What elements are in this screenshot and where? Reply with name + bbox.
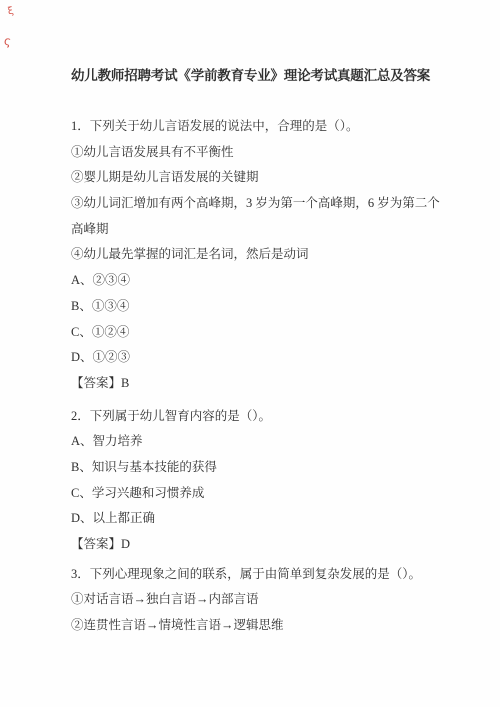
option-line: B、①③④ — [71, 294, 471, 320]
answer-line: 【答案】D — [71, 532, 471, 558]
option-line: D、以上都正确 — [71, 506, 471, 532]
question-line: ①对话言语→独白言语→内部言语 — [71, 587, 471, 613]
question-line: ②连贯性言语→情境性言语→逻辑思维 — [71, 613, 471, 639]
red-pen-mark-icon: ς — [3, 35, 12, 48]
question-line: ①幼儿言语发展具有不平衡性 — [71, 140, 471, 166]
question-block: 2．下列属于幼儿智育内容的是（）。A、智力培养B、知识与基本技能的获得C、学习兴… — [71, 404, 471, 558]
question-block: 1．下列关于幼儿言语发展的说法中，合理的是（）。①幼儿言语发展具有不平衡性②婴儿… — [71, 114, 471, 397]
option-line: A、智力培养 — [71, 429, 471, 455]
questions-container: 1．下列关于幼儿言语发展的说法中，合理的是（）。①幼儿言语发展具有不平衡性②婴儿… — [71, 114, 471, 639]
question-line: ②婴儿期是幼儿言语发展的关键期 — [71, 165, 471, 191]
option-line: C、①②④ — [71, 320, 471, 346]
document-title: 幼儿教师招聘考试《学前教育专业》理论考试真题汇总及答案 — [71, 63, 471, 89]
option-line: C、学习兴趣和习惯养成 — [71, 481, 471, 507]
red-pen-mark-icon: ξ — [7, 7, 15, 18]
question-line: ④幼儿最先掌握的词汇是名词，然后是动词 — [71, 242, 471, 268]
question-stem: 3．下列心理现象之间的联系，属于由简单到复杂发展的是（）。 — [71, 562, 471, 588]
option-line: D、①②③ — [71, 345, 471, 371]
answer-line: 【答案】B — [71, 371, 471, 397]
option-line: A、②③④ — [71, 268, 471, 294]
question-line: 高峰期 — [71, 217, 471, 243]
question-line: ③幼儿词汇增加有两个高峰期，3 岁为第一个高峰期，6 岁为第二个 — [71, 191, 471, 217]
document-content: 幼儿教师招聘考试《学前教育专业》理论考试真题汇总及答案 1．下列关于幼儿言语发展… — [71, 63, 471, 639]
option-line: B、知识与基本技能的获得 — [71, 455, 471, 481]
question-stem: 2．下列属于幼儿智育内容的是（）。 — [71, 404, 471, 430]
document-page: ξ ς 幼儿教师招聘考试《学前教育专业》理论考试真题汇总及答案 1．下列关于幼儿… — [0, 0, 500, 707]
question-block: 3．下列心理现象之间的联系，属于由简单到复杂发展的是（）。①对话言语→独白言语→… — [71, 562, 471, 639]
question-stem: 1．下列关于幼儿言语发展的说法中，合理的是（）。 — [71, 114, 471, 140]
